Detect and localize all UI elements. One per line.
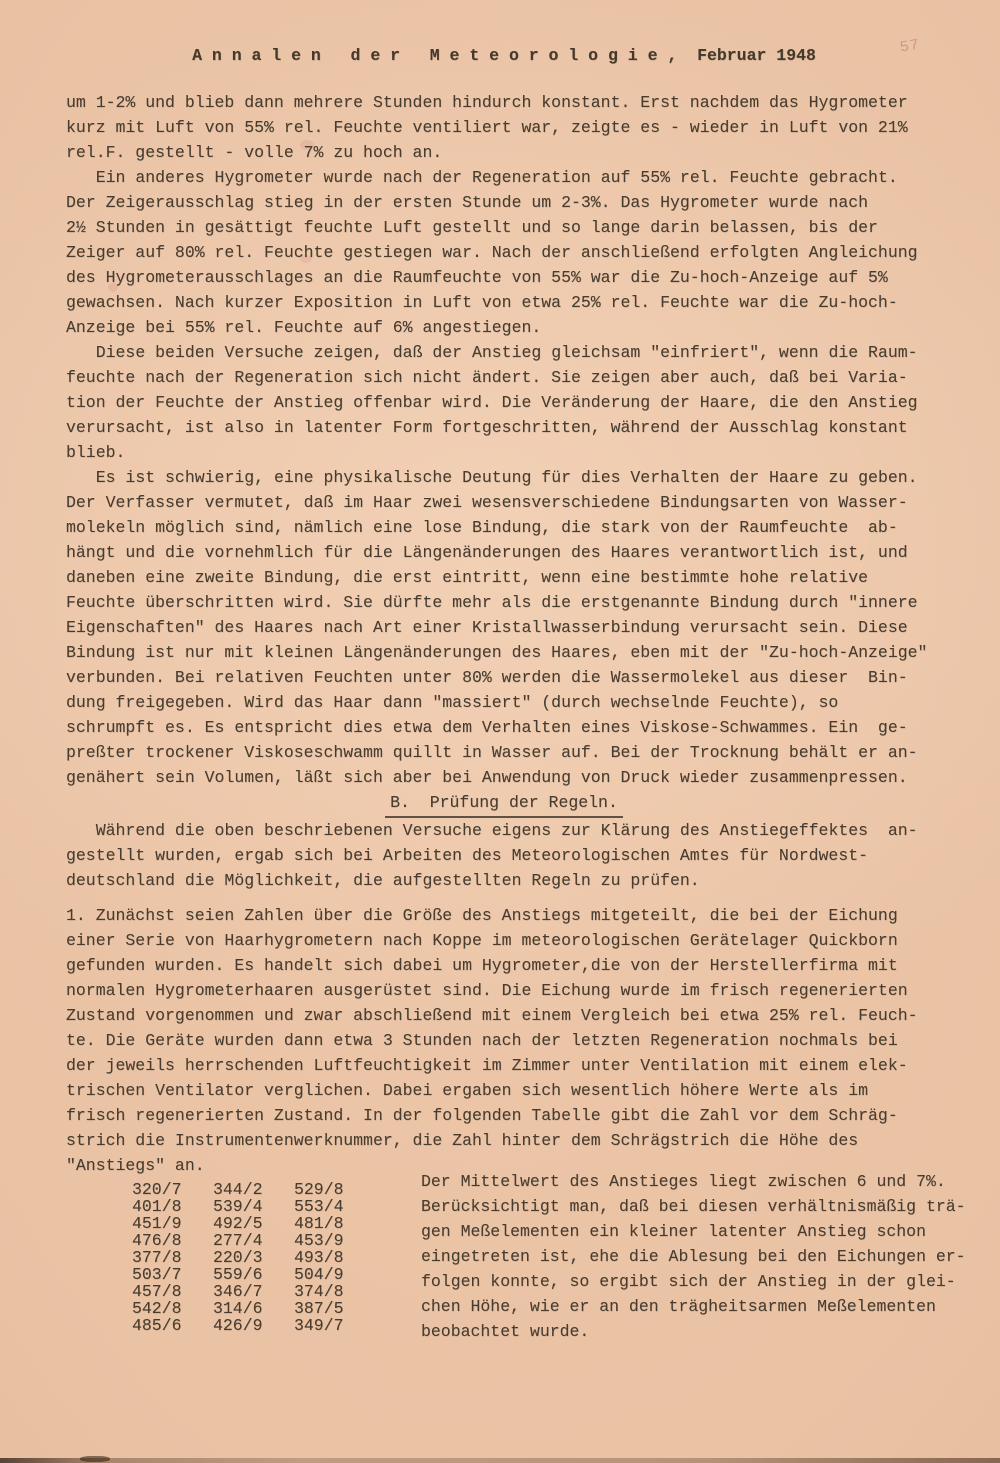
- table-cell: 503/7: [132, 1266, 182, 1283]
- page-title: A n n a l e n d e r M e t e o r o l o g …: [66, 46, 942, 66]
- table-cell: 314/6: [213, 1300, 263, 1317]
- scan-edge-mark: [80, 1456, 110, 1462]
- table-and-note-section: 320/7344/2529/8401/8539/4553/4451/9492/5…: [66, 1181, 942, 1344]
- table-cell: 451/9: [132, 1215, 182, 1232]
- table-cell: 344/2: [213, 1181, 263, 1198]
- table-row: 401/8539/4553/4: [132, 1198, 375, 1215]
- table-row: 457/8346/7374/8: [132, 1283, 375, 1300]
- table-cell: 426/9: [213, 1317, 263, 1334]
- table-cell: 401/8: [132, 1198, 182, 1215]
- table-cell: 457/8: [132, 1283, 182, 1300]
- table-cell: 485/6: [132, 1317, 182, 1334]
- paragraph: um 1-2% und blieb dann mehrere Stunden h…: [66, 90, 942, 165]
- side-note-paragraph: Der Mittelwert des Anstieges liegt zwisc…: [421, 1169, 981, 1344]
- table-cell: 377/8: [132, 1249, 182, 1266]
- paragraph: Diese beiden Versuche zeigen, daß der An…: [66, 340, 942, 465]
- table-cell: 504/9: [294, 1266, 344, 1283]
- table-cell: 553/4: [294, 1198, 344, 1215]
- table-row: 320/7344/2529/8: [132, 1181, 375, 1198]
- table-cell: 349/7: [294, 1317, 344, 1334]
- table-cell: 387/5: [294, 1300, 344, 1317]
- paragraph: Während die oben beschriebenen Versuche …: [66, 818, 942, 893]
- scan-bottom-edge: [0, 1458, 1000, 1463]
- table-cell: 529/8: [294, 1181, 344, 1198]
- paragraph: 1. Zunächst seien Zahlen über die Größe …: [66, 903, 942, 1178]
- table-row: 451/9492/5481/8: [132, 1215, 375, 1232]
- section-heading: B. Prüfung der Regeln.: [385, 790, 623, 818]
- table-cell: 374/8: [294, 1283, 344, 1300]
- table-cell: 542/8: [132, 1300, 182, 1317]
- table-cell: 492/5: [213, 1215, 263, 1232]
- table-cell: 453/9: [294, 1232, 344, 1249]
- table-cell: 493/8: [294, 1249, 344, 1266]
- table-cell: 476/8: [132, 1232, 182, 1249]
- table-row: 503/7559/6504/9: [132, 1266, 375, 1283]
- instrument-table: 320/7344/2529/8401/8539/4553/4451/9492/5…: [132, 1181, 375, 1334]
- table-row: 476/8277/4453/9: [132, 1232, 375, 1249]
- table-cell: 346/7: [213, 1283, 263, 1300]
- table-row: 542/8314/6387/5: [132, 1300, 375, 1317]
- table-cell: 539/4: [213, 1198, 263, 1215]
- paragraph: Ein anderes Hygrometer wurde nach der Re…: [66, 165, 942, 340]
- table-cell: 320/7: [132, 1181, 182, 1198]
- table-row: 485/6426/9349/7: [132, 1317, 375, 1334]
- table-cell: 277/4: [213, 1232, 263, 1249]
- page-content: A n n a l e n d e r M e t e o r o l o g …: [66, 46, 942, 1344]
- table-cell: 559/6: [213, 1266, 263, 1283]
- paragraph: Es ist schwierig, eine physikalische Deu…: [66, 465, 942, 790]
- document-page: 57 A n n a l e n d e r M e t e o r o l o…: [0, 0, 1000, 1463]
- table-cell: 481/8: [294, 1215, 344, 1232]
- section-heading-line: B. Prüfung der Regeln.: [66, 790, 942, 818]
- table-row: 377/8220/3493/8: [132, 1249, 375, 1266]
- table-cell: 220/3: [213, 1249, 263, 1266]
